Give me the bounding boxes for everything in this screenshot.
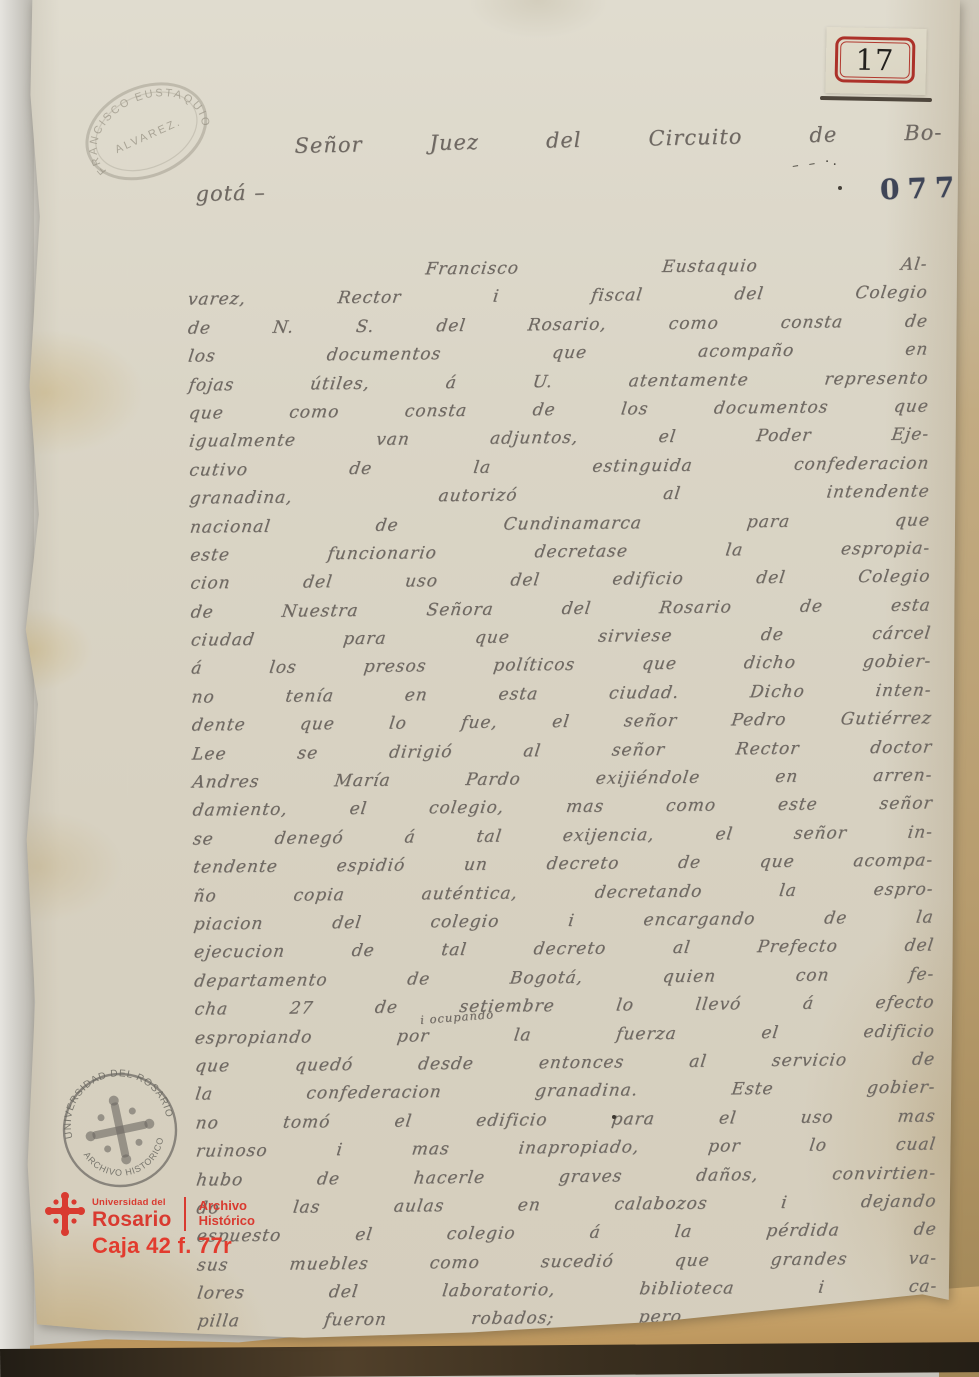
logo-archive-line2: Histórico (199, 1214, 255, 1229)
logo-line-small: Universidad del (92, 1198, 172, 1208)
manuscript-line: pilla fueron robados; pero por ahora (195, 1305, 939, 1341)
numerator-stamp: 077 (879, 171, 963, 207)
box-folio-caption: Caja 42 f. 77r (92, 1233, 232, 1259)
logo-divider (184, 1197, 186, 1231)
folio-number-label: 17 (825, 27, 926, 95)
manuscript-body: Francisco Eustaquio Al- varez, Rector i … (187, 254, 937, 1340)
logo-archive-line1: Archivo (199, 1199, 255, 1214)
label-red-border: 17 (835, 36, 916, 84)
paper-speck (612, 1115, 616, 1119)
manuscript-line: lores del laboratorio, biblioteca i ca- (195, 1276, 939, 1312)
ink-speck (838, 186, 842, 190)
archive-round-stamp: UNIVERSIDAD DEL ROSARIO ARCHIVO HISTORIC… (44, 1054, 196, 1206)
seal-name-text: ALVAREZ. (113, 116, 183, 156)
logo-archive-block: Archivo Histórico (199, 1199, 255, 1229)
scanned-document-photo: FRANCISCO EUSTAQUIO ALVAREZ. Señor Juez … (0, 0, 979, 1377)
manuscript-page: FRANCISCO EUSTAQUIO ALVAREZ. Señor Juez … (22, 0, 960, 1354)
logo-wordmark: Universidad del Rosario (92, 1198, 172, 1230)
folio-number: 17 (855, 43, 895, 78)
manuscript-heading: Señor Juez del Circuito de Bo- gotá – (194, 120, 955, 212)
archive-logo: Universidad del Rosario Archivo Históric… (45, 1192, 255, 1236)
label-red-inner-border: 17 (840, 41, 911, 78)
label-underline (820, 96, 932, 101)
logo-line-bold: Rosario (92, 1209, 172, 1230)
rosario-crest-icon (45, 1192, 85, 1236)
paper-wrap: FRANCISCO EUSTAQUIO ALVAREZ. Señor Juez … (0, 0, 938, 1354)
paper-speck (924, 1328, 929, 1332)
